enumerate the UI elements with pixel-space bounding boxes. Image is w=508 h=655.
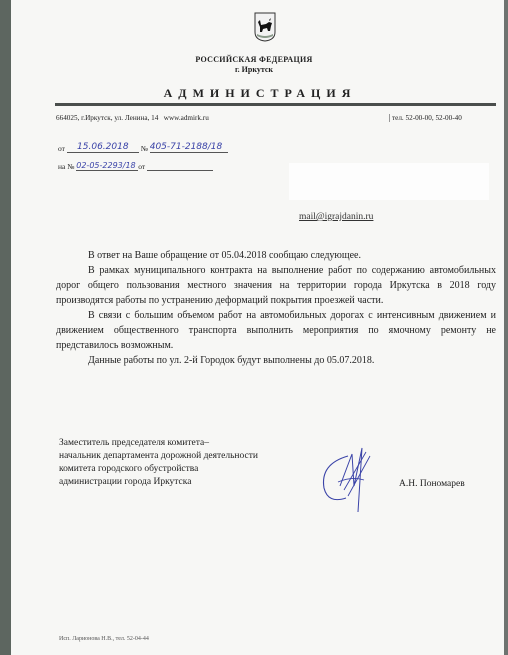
letter-body: В ответ на Ваше обращение от 05.04.2018 …: [56, 248, 496, 368]
redacted-recipient-block: [289, 163, 489, 200]
signer-title-line: начальник департамента дорожной деятельн…: [59, 450, 258, 463]
outgoing-number: 405-71-2188/18: [150, 142, 228, 153]
reply-from-label: от: [138, 162, 145, 171]
signer-title-line: комитета городского обустройства: [59, 463, 258, 476]
signer-title-line: администрации города Иркутска: [59, 476, 258, 489]
outgoing-date: 15.06.2018: [67, 142, 139, 153]
organization-heading: АДМИНИСТРАЦИЯ: [0, 86, 508, 101]
country-heading: РОССИЙСКАЯ ФЕДЕРАЦИЯ: [0, 55, 508, 64]
phone-line: тел. 52-00-00, 52-00-40: [389, 114, 462, 122]
header-rule: [55, 103, 496, 106]
body-paragraph: В ответ на Ваше обращение от 05.04.2018 …: [56, 248, 496, 263]
number-label: №: [141, 144, 148, 153]
reply-date: [147, 161, 213, 171]
recipient-email: mail@igrajdanin.ru: [299, 212, 373, 222]
city-heading: г. Иркутск: [0, 65, 508, 74]
body-paragraph: Данные работы по ул. 2-й Городок будут в…: [56, 353, 496, 368]
handwritten-signature-icon: [318, 446, 378, 516]
from-label: от: [58, 144, 65, 153]
incoming-registration: на № 02-05-2293/18от: [58, 161, 213, 171]
postal-address: 664025, г.Иркутск, ул. Ленина, 14: [56, 114, 158, 122]
executor-note: Исп. Ларионова Н.В., тел. 52-04-44: [59, 636, 149, 642]
signer-title: Заместитель председателя комитета– начал…: [59, 437, 258, 489]
signer-name: А.Н. Пономарев: [399, 479, 465, 489]
website-link: www.admirk.ru: [164, 114, 209, 122]
body-paragraph: В рамках муниципального контракта на вып…: [56, 263, 496, 308]
reply-label: на №: [58, 162, 74, 171]
coat-of-arms-icon: [254, 12, 276, 42]
signer-title-line: Заместитель председателя комитета–: [59, 437, 258, 450]
body-paragraph: В связи с большим объемом работ на автом…: [56, 308, 496, 353]
outgoing-registration: от 15.06.2018 № 405-71-2188/18: [58, 142, 228, 153]
address-line: 664025, г.Иркутск, ул. Ленина, 14 www.ad…: [56, 114, 209, 122]
reply-number: 02-05-2293/18: [76, 161, 138, 171]
